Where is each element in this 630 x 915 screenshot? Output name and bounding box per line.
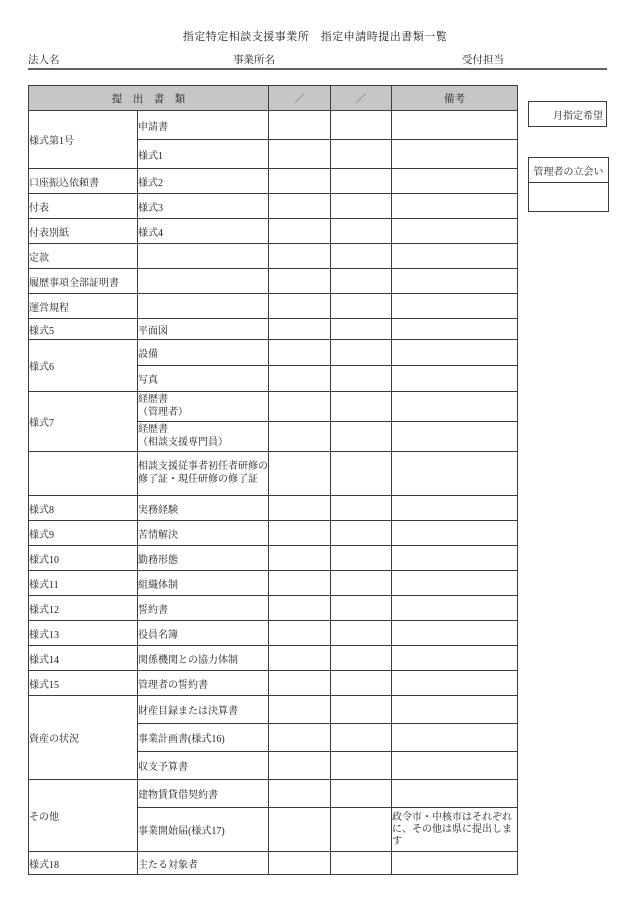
category-cell: 様式7 (29, 392, 138, 452)
category-cell: 様式8 (29, 496, 138, 521)
remarks-header-cell: 備考 (392, 86, 518, 111)
category-cell: 資産の状況 (29, 696, 138, 780)
page-title: 指定特定相談支援事業所 指定申請時提出書類一覧 (0, 28, 630, 44)
table-row: 様式12 誓約書 (29, 596, 518, 621)
document-cell: 事業計画書(様式16) (138, 724, 269, 752)
check-cell-2 (331, 671, 392, 696)
document-cell: 組織体制 (138, 571, 269, 596)
check-cell-1 (269, 752, 331, 780)
check-cell-2 (331, 219, 392, 244)
document-cell: 様式1 (138, 140, 269, 169)
category-cell: 様式14 (29, 646, 138, 671)
category-cell: 様式第1号 (29, 111, 138, 169)
category-cell: 様式18 (29, 852, 138, 875)
check-cell-1 (269, 571, 331, 596)
check-cell-2 (331, 140, 392, 169)
check-cell-1 (269, 521, 331, 546)
check-cell-2 (331, 621, 392, 646)
check-cell-2 (331, 366, 392, 392)
document-cell: 主たる対象者 (138, 852, 269, 875)
check-cell-2 (331, 808, 392, 852)
table-row: その他 建物賃貸借契約書 (29, 780, 518, 808)
remark-cell (392, 111, 518, 140)
check-cell-2 (331, 169, 392, 194)
document-cell: 勤務形態 (138, 546, 269, 571)
remark-cell (392, 340, 518, 366)
remark-cell (392, 366, 518, 392)
check-cell-1 (269, 621, 331, 646)
check-cell-2 (331, 852, 392, 875)
check-cell-1 (269, 671, 331, 696)
category-cell: 様式9 (29, 521, 138, 546)
remark-cell (392, 452, 518, 496)
remark-cell (392, 752, 518, 780)
month-designation-box: 月指定希望 (528, 101, 607, 127)
documents-table: 提 出 書 類 ／ ／ 備考 様式第1号 申請書 様式1 口座振込依頼書 様式2… (28, 85, 518, 875)
remark-cell (392, 392, 518, 422)
remark-cell (392, 521, 518, 546)
check-cell-2 (331, 340, 392, 366)
document-cell: 様式4 (138, 219, 269, 244)
remark-cell (392, 724, 518, 752)
category-cell (29, 452, 138, 496)
check-cell-2 (331, 111, 392, 140)
table-row: 資産の状況 財産目録または決算書 (29, 696, 518, 724)
table-row: 様式第1号 申請書 (29, 111, 518, 140)
check-cell-1 (269, 546, 331, 571)
check-cell-2 (331, 696, 392, 724)
table-row: 様式13 役員名簿 (29, 621, 518, 646)
remark-cell (392, 780, 518, 808)
document-cell: 設備 (138, 340, 269, 366)
category-cell: 様式15 (29, 671, 138, 696)
check-cell-1 (269, 452, 331, 496)
table-row: 様式10 勤務形態 (29, 546, 518, 571)
remark-cell (392, 496, 518, 521)
reception-label: 受付担当 (462, 52, 504, 67)
check-cell-2 (331, 194, 392, 219)
check-cell-2 (331, 596, 392, 621)
category-cell: 様式13 (29, 621, 138, 646)
remark-cell (392, 294, 518, 319)
month-designation-label: 月指定希望 (553, 107, 603, 122)
table-row: 定款 (29, 244, 518, 269)
check-cell-1 (269, 422, 331, 452)
remark-cell (392, 219, 518, 244)
check-cell-2 (331, 319, 392, 340)
remark-cell (392, 696, 518, 724)
table-row: 様式11 組織体制 (29, 571, 518, 596)
document-cell: 収支予算書 (138, 752, 269, 780)
document-cell: 申請書 (138, 111, 269, 140)
check-cell-1 (269, 319, 331, 340)
check-cell-2 (331, 422, 392, 452)
remark-cell (392, 140, 518, 169)
table-row: 様式18 主たる対象者 (29, 852, 518, 875)
check-cell-2 (331, 452, 392, 496)
category-cell: 定款 (29, 244, 138, 269)
check-cell-1 (269, 111, 331, 140)
document-cell: 写真 (138, 366, 269, 392)
remark-cell (392, 546, 518, 571)
document-cell: 誓約書 (138, 596, 269, 621)
remark-cell (392, 671, 518, 696)
document-cell: 実務経験 (138, 496, 269, 521)
table-row: 様式8 実務経験 (29, 496, 518, 521)
corporate-name-label: 法人名 (28, 52, 60, 67)
table-row: 様式6 設備 (29, 340, 518, 366)
document-cell: 管理者の誓約書 (138, 671, 269, 696)
check-cell-1 (269, 852, 331, 875)
table-row: 履歴事項全部証明書 (29, 269, 518, 294)
remark-cell (392, 269, 518, 294)
manager-presence-label: 管理者の立会い (529, 158, 608, 183)
document-cell: 経歴書 （管理者） (138, 392, 269, 422)
date-slash-header-cell-2: ／ (331, 86, 392, 111)
check-cell-1 (269, 496, 331, 521)
remark-cell (392, 319, 518, 340)
check-cell-1 (269, 340, 331, 366)
check-cell-1 (269, 294, 331, 319)
category-cell: 様式11 (29, 571, 138, 596)
document-cell: 関係機関との協力体制 (138, 646, 269, 671)
table-row: 相談支援従事者初任者研修の修了証・現任研修の修了証 (29, 452, 518, 496)
document-page: 指定特定相談支援事業所 指定申請時提出書類一覧 法人名 事業所名 受付担当 提 … (0, 0, 630, 915)
check-cell-2 (331, 392, 392, 422)
category-cell: 様式10 (29, 546, 138, 571)
document-cell: 役員名簿 (138, 621, 269, 646)
check-cell-1 (269, 646, 331, 671)
remark-cell (392, 422, 518, 452)
check-cell-2 (331, 571, 392, 596)
category-cell: 様式5 (29, 319, 138, 340)
check-cell-2 (331, 496, 392, 521)
remark-cell (392, 244, 518, 269)
check-cell-1 (269, 169, 331, 194)
table-row: 様式5 平面図 (29, 319, 518, 340)
document-cell: 平面図 (138, 319, 269, 340)
category-cell: 様式12 (29, 596, 138, 621)
table-row: 付表別紙 様式4 (29, 219, 518, 244)
document-cell (138, 269, 269, 294)
check-cell-2 (331, 269, 392, 294)
manager-presence-box: 管理者の立会い (528, 157, 609, 212)
category-cell: 運営規程 (29, 294, 138, 319)
remark-cell (392, 194, 518, 219)
check-cell-1 (269, 808, 331, 852)
document-cell: 事業開始届(様式17) (138, 808, 269, 852)
document-cell: 様式3 (138, 194, 269, 219)
manager-presence-empty-cell (529, 183, 608, 211)
remark-cell (392, 646, 518, 671)
remark-cell: 政令市・中核市はそれぞれに、その他は県に提出します (392, 808, 518, 852)
check-cell-2 (331, 646, 392, 671)
category-cell: 付表別紙 (29, 219, 138, 244)
table-row: 運営規程 (29, 294, 518, 319)
document-cell: 相談支援従事者初任者研修の修了証・現任研修の修了証 (138, 452, 269, 496)
category-cell: 履歴事項全部証明書 (29, 269, 138, 294)
check-cell-2 (331, 521, 392, 546)
document-cell: 建物賃貸借契約書 (138, 780, 269, 808)
check-cell-2 (331, 244, 392, 269)
check-cell-1 (269, 696, 331, 724)
remark-cell (392, 596, 518, 621)
check-cell-1 (269, 269, 331, 294)
category-cell: 口座振込依頼書 (29, 169, 138, 194)
check-cell-1 (269, 244, 331, 269)
office-name-label: 事業所名 (233, 52, 275, 67)
check-cell-1 (269, 780, 331, 808)
table-header-row: 提 出 書 類 ／ ／ 備考 (29, 86, 518, 111)
check-cell-1 (269, 140, 331, 169)
table-row: 様式7 経歴書 （管理者） (29, 392, 518, 422)
table-row: 様式15 管理者の誓約書 (29, 671, 518, 696)
check-cell-1 (269, 596, 331, 621)
date-slash-header-cell-1: ／ (269, 86, 331, 111)
documents-header-cell: 提 出 書 類 (29, 86, 269, 111)
document-cell: 様式2 (138, 169, 269, 194)
remark-cell (392, 621, 518, 646)
table-row: 様式9 苦情解決 (29, 521, 518, 546)
document-cell (138, 244, 269, 269)
table-row: 口座振込依頼書 様式2 (29, 169, 518, 194)
check-cell-1 (269, 194, 331, 219)
remark-cell (392, 852, 518, 875)
check-cell-2 (331, 780, 392, 808)
table-row: 様式14 関係機関との協力体制 (29, 646, 518, 671)
document-cell: 経歴書 （相談支援専門員） (138, 422, 269, 452)
table-row: 付表 様式3 (29, 194, 518, 219)
category-cell: その他 (29, 780, 138, 852)
check-cell-1 (269, 219, 331, 244)
check-cell-2 (331, 294, 392, 319)
document-cell: 苦情解決 (138, 521, 269, 546)
check-cell-2 (331, 752, 392, 780)
document-cell: 財産目録または決算書 (138, 696, 269, 724)
check-cell-2 (331, 546, 392, 571)
remark-cell (392, 571, 518, 596)
check-cell-1 (269, 724, 331, 752)
document-cell (138, 294, 269, 319)
check-cell-1 (269, 392, 331, 422)
remark-cell (392, 169, 518, 194)
category-cell: 様式6 (29, 340, 138, 392)
check-cell-1 (269, 366, 331, 392)
header-underline (28, 68, 607, 70)
check-cell-2 (331, 724, 392, 752)
category-cell: 付表 (29, 194, 138, 219)
